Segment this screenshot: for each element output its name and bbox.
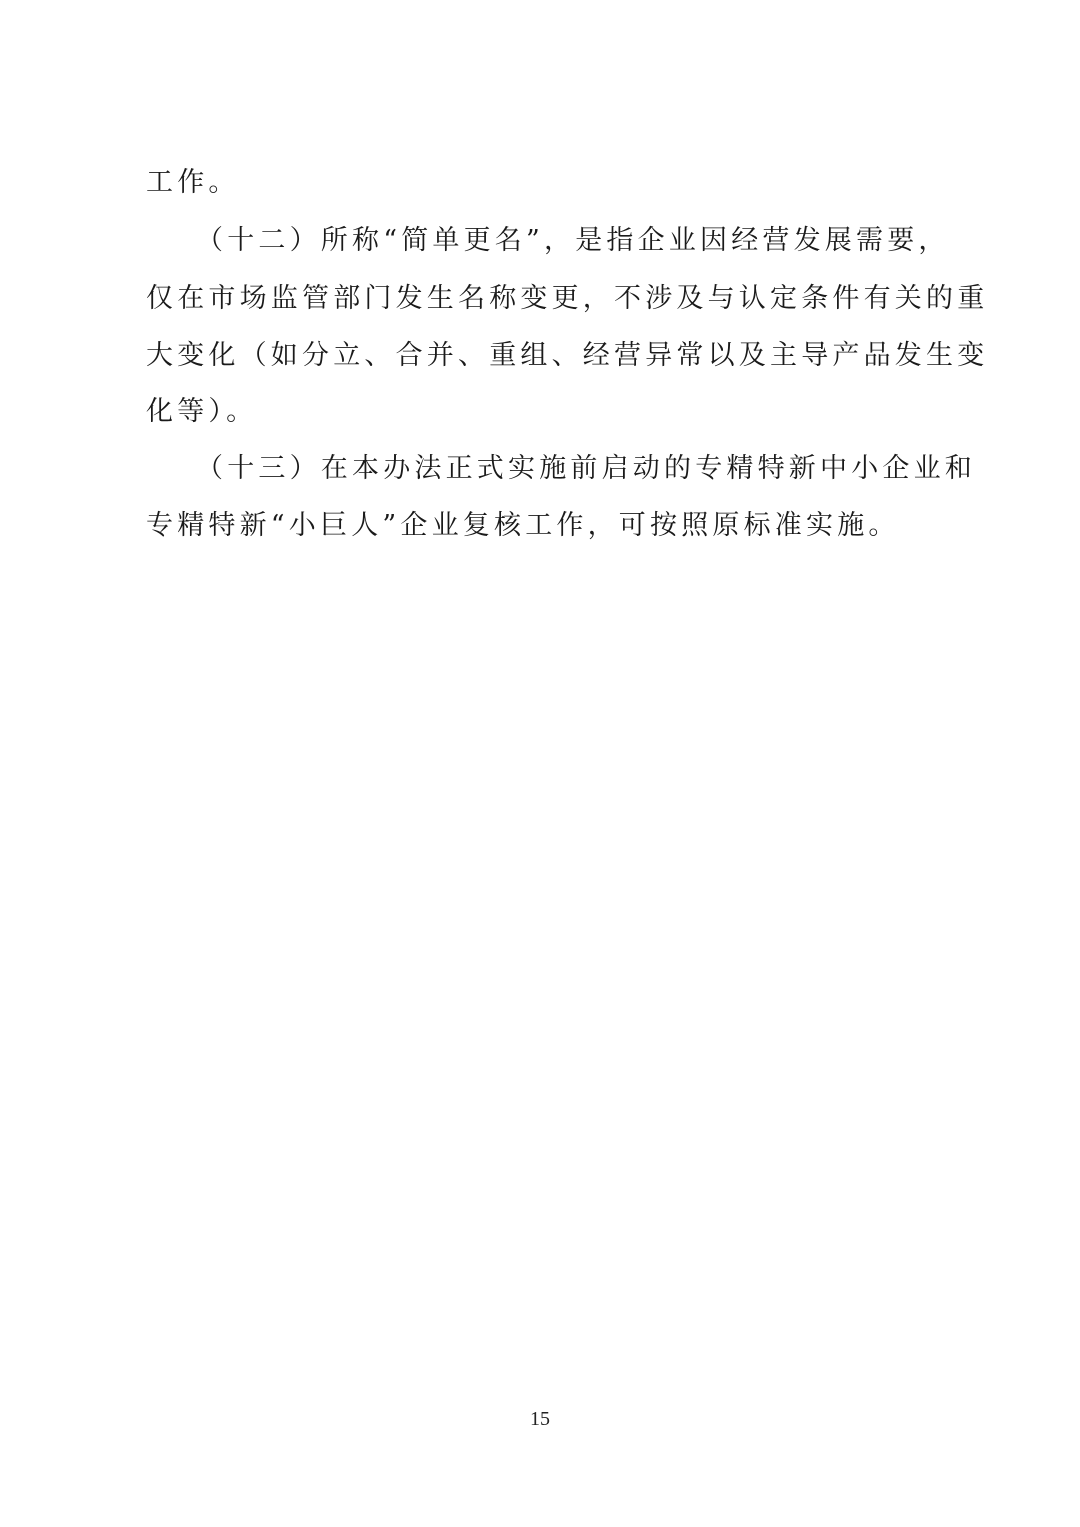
paragraph-item-12-line-4: 化等）。 <box>146 395 936 429</box>
page-number: 15 <box>0 1408 1080 1431</box>
paragraph-item-12-line-1: （十二）所称“简单更名”，是指企业因经营发展需要， <box>196 224 926 258</box>
paragraph-item-13-line-1: （十三）在本办法正式实施前启动的专精特新中小企业和 <box>196 452 926 486</box>
paragraph-item-12-line-2: 仅在市场监管部门发生名称变更，不涉及与认定条件有关的重 <box>146 282 936 316</box>
paragraph-item-12-line-3: 大变化（如分立、合并、重组、经营异常以及主导产品发生变 <box>146 339 936 373</box>
text-line-continuation: 工作。 <box>146 166 936 200</box>
document-page: 工作。 （十二）所称“简单更名”，是指企业因经营发展需要， 仅在市场监管部门发生… <box>0 0 1080 1527</box>
paragraph-item-13-line-2: 专精特新“小巨人”企业复核工作，可按照原标准实施。 <box>146 509 936 543</box>
